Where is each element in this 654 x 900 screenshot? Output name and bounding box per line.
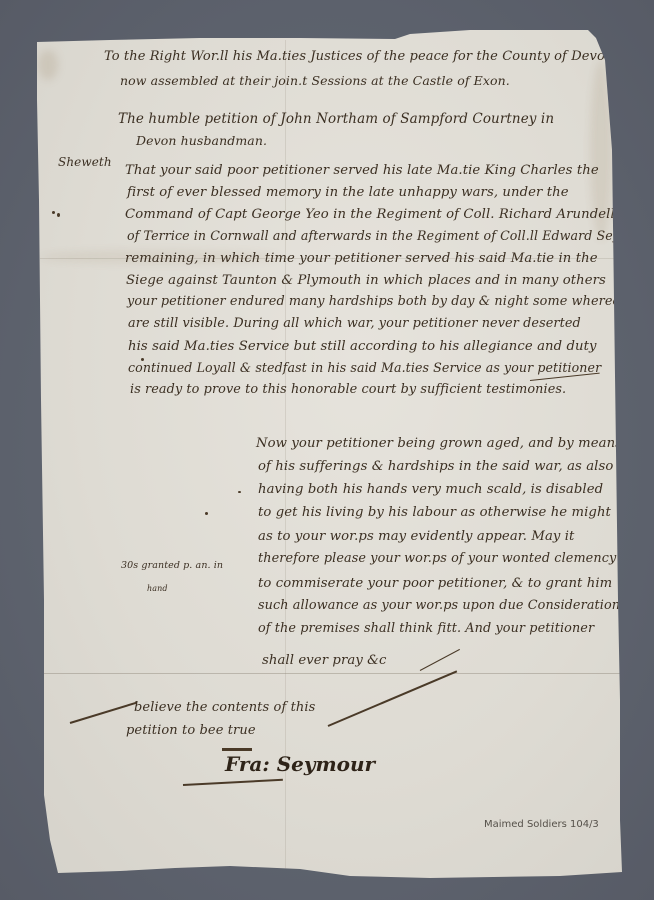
attestation-flourish xyxy=(70,702,138,724)
ink-blot xyxy=(57,213,60,217)
body-line: is ready to prove to this honorable cour… xyxy=(130,384,566,397)
fold-line-lower xyxy=(44,673,620,674)
body-line: Now your petitioner being grown aged, an… xyxy=(256,437,622,450)
document-viewer: To the Right Wor.ll his Ma.ties Justices… xyxy=(0,0,654,900)
body-line: shall ever pray &c xyxy=(262,654,386,667)
line-end-flourish xyxy=(420,649,460,671)
body-line: continued Loyall & stedfast in his said … xyxy=(128,362,601,375)
manuscript-page: To the Right Wor.ll his Ma.ties Justices… xyxy=(0,0,654,900)
signature-overline xyxy=(222,748,252,751)
petition-title-line-2: Devon husbandman. xyxy=(136,135,267,148)
signature-underline xyxy=(183,779,283,786)
archive-reference-label: Maimed Soldiers 104/3 xyxy=(484,819,599,830)
body-line: to get his living by his labour as other… xyxy=(258,506,611,519)
body-line: as to your wor.ps may evidently appear. … xyxy=(258,530,574,543)
attestation-slash xyxy=(328,670,458,727)
petition-title-line-1: The humble petition of John Northam of S… xyxy=(118,113,554,127)
address-line-2: now assembled at their join.t Sessions a… xyxy=(120,75,510,88)
attestation-line-2: petition to bee true xyxy=(126,724,256,737)
body-line: Siege against Taunton & Plymouth in whic… xyxy=(126,274,606,287)
body-line: are still visible. During all which war,… xyxy=(128,318,581,331)
body-line: having both his hands very much scald, i… xyxy=(258,483,603,496)
margin-label-sheweth: Sheweth xyxy=(58,156,112,168)
allowance-note-line-1: 30s granted p. an. in xyxy=(121,561,223,571)
body-line: of the premises shall think fitt. And yo… xyxy=(258,623,594,636)
ink-blot xyxy=(205,512,208,515)
paper-stain xyxy=(38,50,58,80)
body-line: of his sufferings & hardships in the sai… xyxy=(258,460,613,473)
body-line: remaining, in which time your petitioner… xyxy=(125,252,598,265)
address-line-1: To the Right Wor.ll his Ma.ties Justices… xyxy=(104,50,613,63)
ink-blot xyxy=(52,211,55,214)
body-line: first of ever blessed memory in the late… xyxy=(127,186,569,199)
body-line: such allowance as your wor.ps upon due C… xyxy=(258,600,620,613)
ink-blot xyxy=(238,491,241,493)
body-line: his said Ma.ties Service but still accor… xyxy=(128,340,597,353)
allowance-note-line-2: hand xyxy=(147,585,168,593)
body-line: of Terrice in Cornwall and afterwards in… xyxy=(127,230,654,243)
body-line: your petitioner endured many hardships b… xyxy=(127,296,625,309)
attestation-line-1: believe the contents of this xyxy=(134,701,315,714)
ink-blot xyxy=(141,358,144,361)
body-line: therefore please your wor.ps of your won… xyxy=(258,553,616,566)
signature: Fra: Seymour xyxy=(225,752,375,776)
body-line: to commiserate your poor petitioner, & t… xyxy=(258,577,612,590)
body-line: That your said poor petitioner served hi… xyxy=(125,164,599,177)
body-line: Command of Capt George Yeo in the Regime… xyxy=(125,208,615,221)
